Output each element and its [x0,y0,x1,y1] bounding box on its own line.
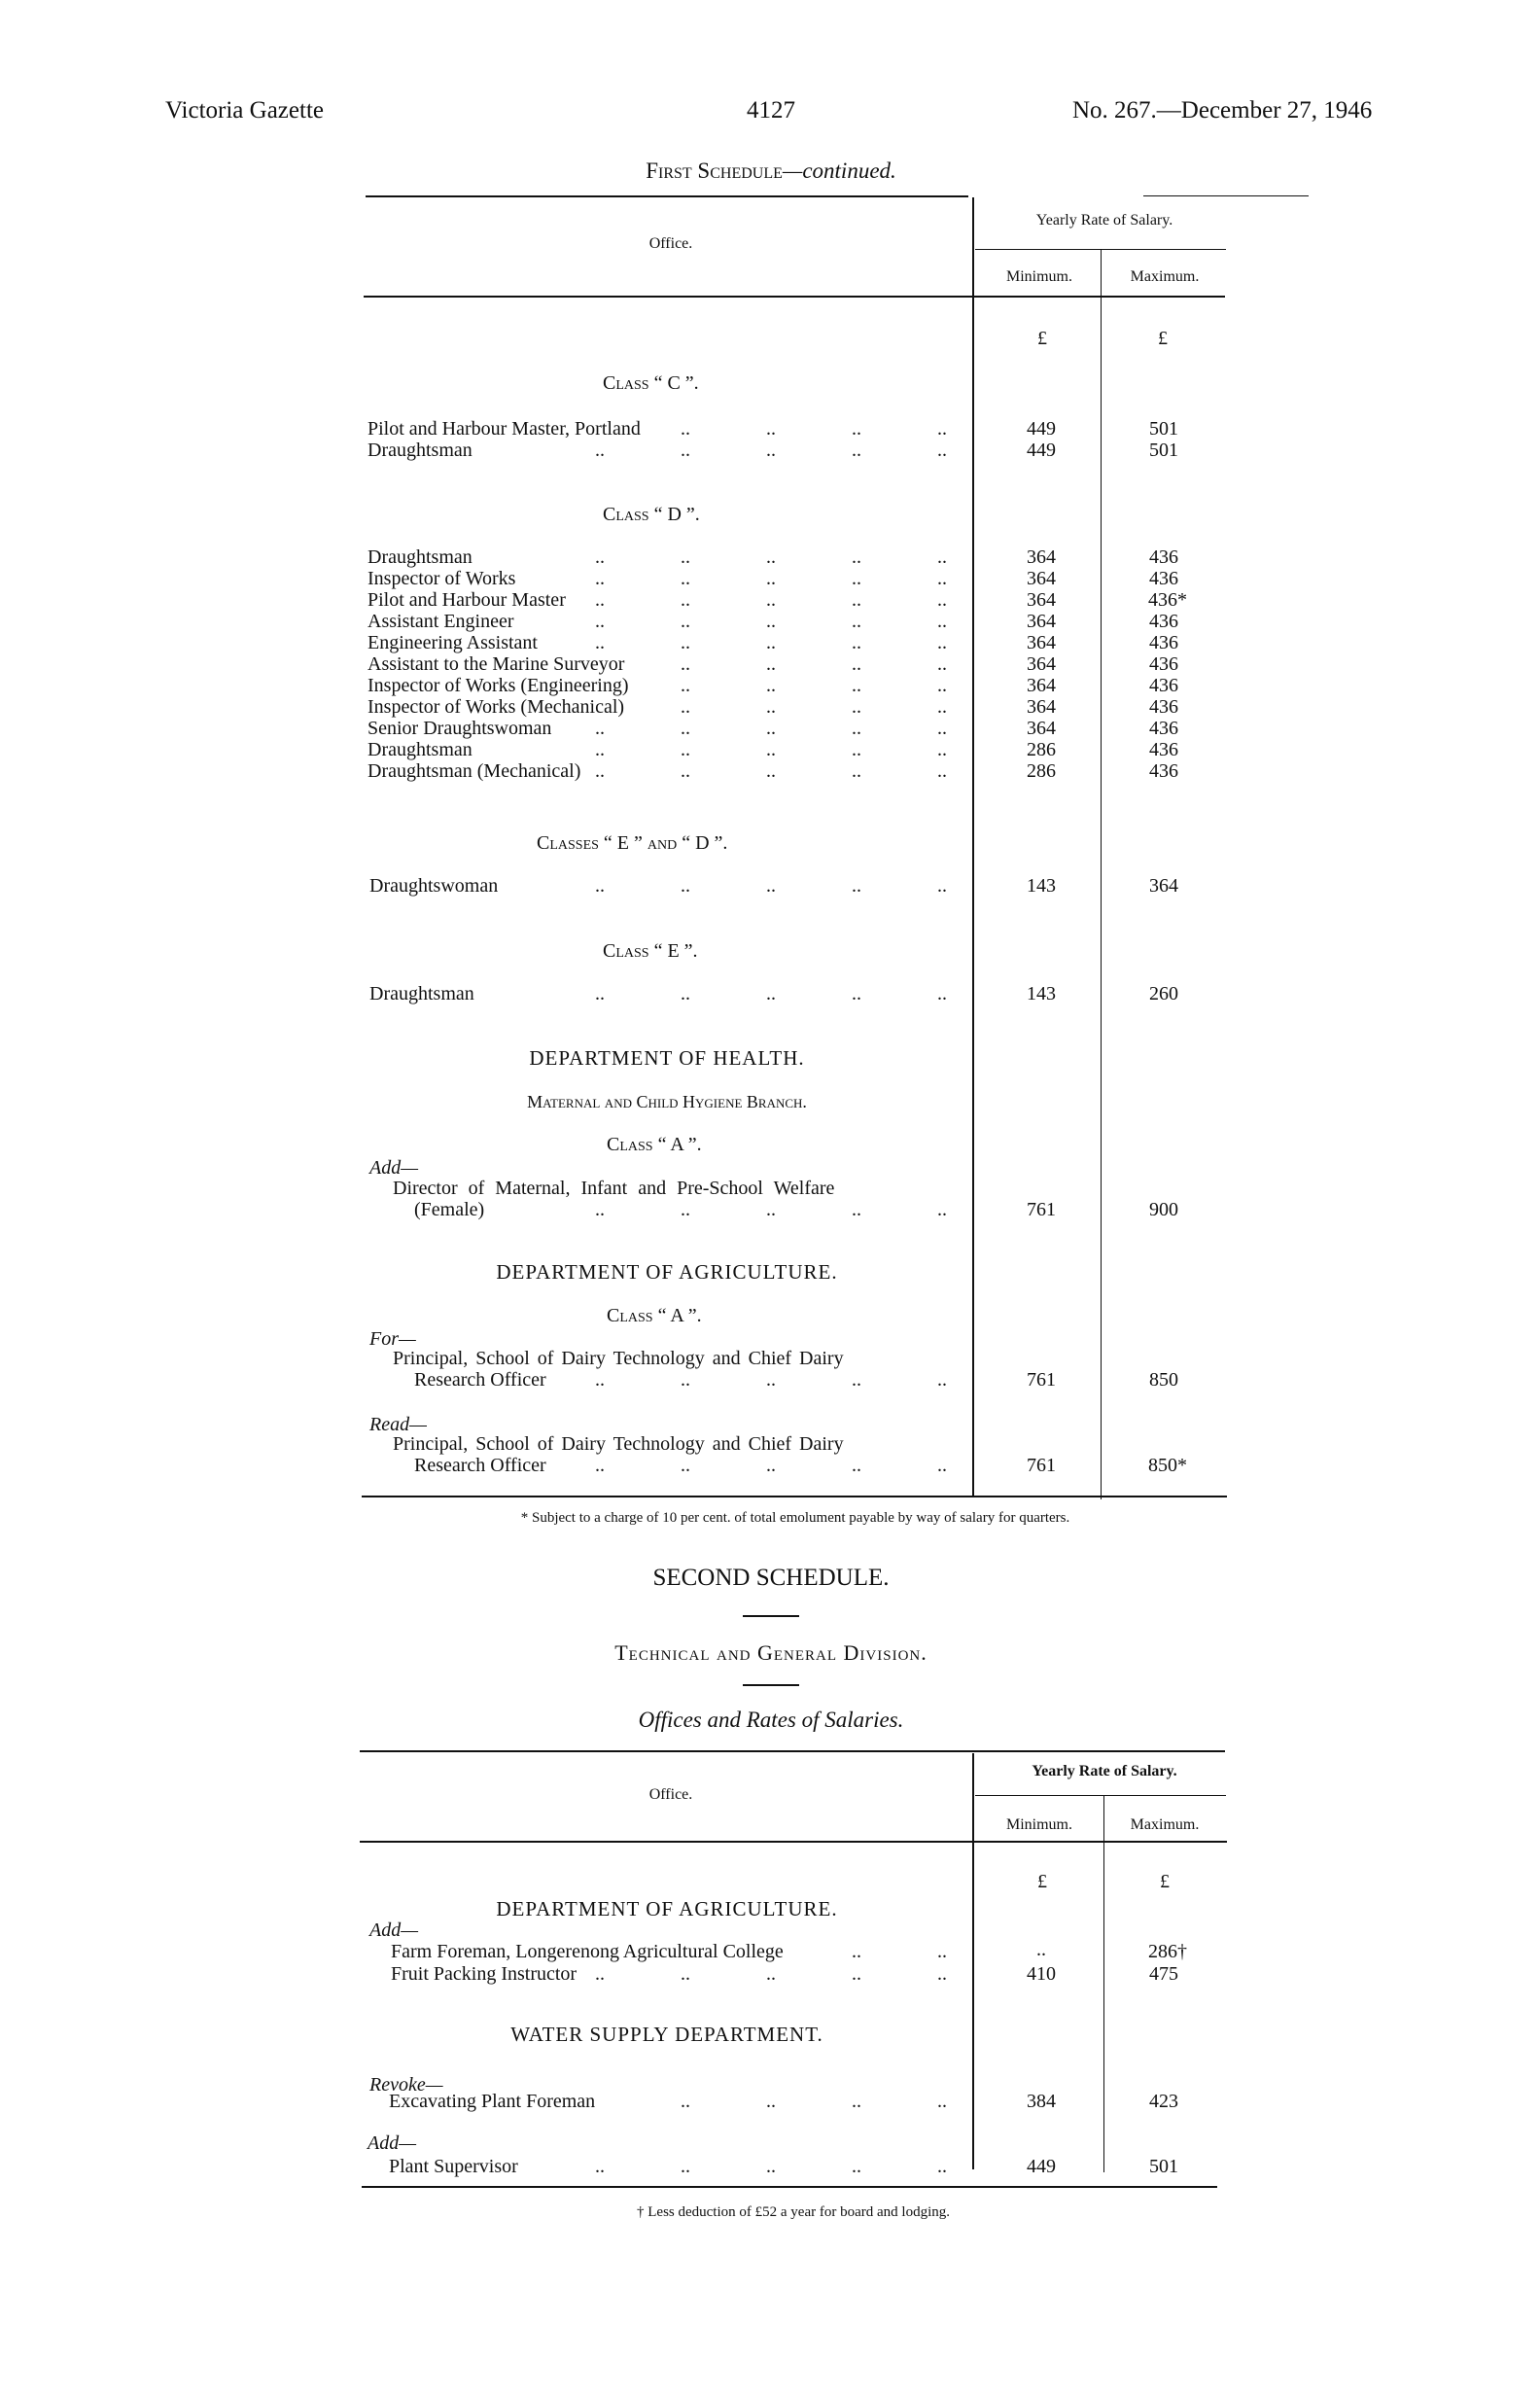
currency-min: £ [1037,328,1047,349]
leader-dot: .. [766,875,776,898]
currency-max: £ [1160,1871,1170,1892]
leader-dot: .. [681,589,690,612]
yearly-rate-header: Yearly Rate of Salary. [1036,212,1172,229]
office-name: Engineering Assistant [367,632,538,653]
leader-dot: .. [852,653,861,676]
leader-dot: .. [766,1963,776,1986]
leader-dot: .. [595,983,605,1005]
maximum-column-header: Maximum. [1131,268,1200,286]
leader-dot: .. [595,1369,605,1391]
leader-dot: .. [937,1455,947,1477]
leader-dot: .. [595,718,605,740]
leader-dot: .. [937,983,947,1005]
leader-dot: .. [595,632,605,654]
leader-dot: .. [595,1455,605,1477]
leader-dot: .. [595,568,605,590]
min-salary: 449 [1027,2156,1056,2177]
leader-dot: .. [595,440,605,462]
office-name: Inspector of Works [367,568,515,589]
leader-dot: .. [766,2156,776,2178]
min-salary: .. [1036,1939,1046,1960]
max-salary: 260 [1149,983,1178,1004]
leader-dot: .. [766,589,776,612]
leader-dot: .. [852,718,861,740]
office-name: Plant Supervisor [389,2156,518,2177]
min-max-divider [1101,249,1102,1499]
leader-dot: .. [937,875,947,898]
minimum-column-header: Minimum. [1006,1816,1072,1834]
leader-dot: .. [852,418,861,440]
leader-dot: .. [852,983,861,1005]
leader-dot: .. [852,1199,861,1221]
office-name: Assistant to the Marine Surveyor [367,653,624,675]
page-number: 4127 [747,97,795,124]
max-salary: 850* [1148,1455,1187,1476]
office-name: Draughtsman [367,546,472,568]
offices-subtitle: Offices and Rates of Salaries. [639,1708,904,1733]
leader-dot: .. [937,739,947,761]
agriculture-department-heading: DEPARTMENT OF AGRICULTURE. [496,1261,837,1283]
office-name-cont: (Female) [414,1199,484,1220]
leader-dot: .. [937,1963,947,1986]
leader-dot: .. [595,1199,605,1221]
min-salary: 143 [1027,983,1056,1004]
action-add: Add— [369,1920,418,1941]
max-salary: 436 [1149,760,1178,782]
leader-dot: .. [681,632,690,654]
leader-dot: .. [681,760,690,783]
division-heading: Technical and General Division. [614,1640,927,1666]
leader-dot: .. [681,568,690,590]
class-e-heading: Class “ E ”. [603,940,698,962]
leader-dot: .. [766,675,776,697]
first-schedule-title: First Schedule—continued. [646,158,896,184]
health-department-heading: DEPARTMENT OF HEALTH. [529,1047,804,1069]
office-name: Pilot and Harbour Master [367,589,566,611]
second-schedule-title: SECOND SCHEDULE. [652,1565,889,1592]
office-min-divider [972,1753,974,2169]
office-column-header: Office. [649,1786,693,1804]
water-supply-department-heading: WATER SUPPLY DEPARTMENT. [510,2024,822,2045]
leader-dot: .. [766,653,776,676]
division-separator-rule [743,1684,799,1686]
office-name: Director of Maternal, Infant and Pre-Sch… [393,1178,834,1199]
min-salary: 761 [1027,1369,1056,1391]
max-salary: 436 [1149,546,1178,568]
leader-dot: .. [937,760,947,783]
leader-dot: .. [766,568,776,590]
leader-dot: .. [937,611,947,633]
leader-dot: .. [766,1369,776,1391]
max-salary: 364 [1149,875,1178,897]
max-salary: 436 [1149,568,1178,589]
office-name: Draughtsman (Mechanical) [367,760,580,782]
header-bottom-rule [360,1841,1227,1843]
max-salary: 475 [1149,1963,1178,1985]
min-max-divider [1103,1795,1104,2172]
leader-dot: .. [681,418,690,440]
class-c-heading: Class “ C ”. [603,372,699,394]
min-salary: 449 [1027,440,1056,461]
min-salary: 286 [1027,760,1056,782]
leader-dot: .. [937,568,947,590]
leader-dot: .. [681,1963,690,1986]
table-top-rule [366,195,968,197]
max-salary: 436 [1149,611,1178,632]
leader-dot: .. [766,739,776,761]
leader-dot: .. [852,632,861,654]
agriculture-department-heading: DEPARTMENT OF AGRICULTURE. [496,1898,837,1920]
leader-dot: .. [937,589,947,612]
leader-dot: .. [852,696,861,719]
leader-dot: .. [595,1963,605,1986]
max-salary: 436 [1149,696,1178,718]
leader-dot: .. [852,568,861,590]
table-bottom-rule [362,1496,1227,1497]
leader-dot: .. [852,611,861,633]
max-salary: 423 [1149,2091,1178,2112]
leader-dot: .. [681,440,690,462]
currency-min: £ [1037,1871,1047,1892]
minimum-column-header: Minimum. [1006,268,1072,286]
office-name: Farm Foreman, Longerenong Agricultural C… [391,1941,784,1962]
currency-max: £ [1158,328,1168,349]
maternal-branch-heading: Maternal and Child Hygiene Branch. [527,1091,807,1112]
action-add: Add— [369,1157,418,1179]
table-top-rule-right [1143,195,1309,196]
leader-dot: .. [681,739,690,761]
max-salary: 436* [1148,589,1187,611]
leader-dot: .. [766,1199,776,1221]
leader-dot: .. [766,983,776,1005]
min-salary: 761 [1027,1199,1056,1220]
leader-dot: .. [937,653,947,676]
max-salary: 436 [1149,739,1178,760]
min-salary: 364 [1027,632,1056,653]
leader-dot: .. [852,875,861,898]
leader-dot: .. [937,1369,947,1391]
max-salary: 286† [1148,1941,1187,1962]
min-salary: 364 [1027,568,1056,589]
min-salary: 364 [1027,653,1056,675]
min-salary: 286 [1027,739,1056,760]
min-salary: 761 [1027,1455,1056,1476]
office-min-divider [972,197,974,1496]
max-salary: 501 [1149,2156,1178,2177]
leader-dot: .. [766,611,776,633]
office-name: Draughtsman [369,983,474,1004]
leader-dot: .. [852,1963,861,1986]
leader-dot: .. [852,1941,861,1963]
title-separator-rule [743,1615,799,1617]
leader-dot: .. [852,546,861,569]
maximum-column-header: Maximum. [1131,1816,1200,1834]
leader-dot: .. [852,2156,861,2178]
office-name: Principal, School of Dairy Technology an… [393,1433,844,1455]
min-salary: 384 [1027,2091,1056,2112]
leader-dot: .. [937,675,947,697]
min-salary: 364 [1027,546,1056,568]
office-name: Inspector of Works (Mechanical) [367,696,624,718]
office-name: Assistant Engineer [367,611,514,632]
leader-dot: .. [595,2156,605,2178]
leader-dot: .. [681,983,690,1005]
leader-dot: .. [766,2091,776,2113]
footnote-asterisk: * Subject to a charge of 10 per cent. of… [521,1510,1070,1527]
office-name: Draughtsman [367,739,472,760]
leader-dot: .. [852,1455,861,1477]
leader-dot: .. [681,1455,690,1477]
leader-dot: .. [937,1199,947,1221]
office-name: Fruit Packing Instructor [391,1963,577,1985]
leader-dot: .. [937,718,947,740]
health-class-a-heading: Class “ A ”. [607,1134,702,1155]
office-name: Principal, School of Dairy Technology an… [393,1348,844,1369]
yearly-rate-header: Yearly Rate of Salary. [1032,1763,1176,1780]
leader-dot: .. [937,2091,947,2113]
office-name: Inspector of Works (Engineering) [367,675,629,696]
footnote-dagger: † Less deduction of £52 a year for board… [637,2204,950,2221]
max-salary: 436 [1149,718,1178,739]
office-name: Pilot and Harbour Master, Portland [367,418,641,440]
agriculture-class-a-heading: Class “ A ”. [607,1305,702,1326]
leader-dot: .. [852,2091,861,2113]
leader-dot: .. [937,418,947,440]
max-salary: 501 [1149,418,1178,440]
leader-dot: .. [595,546,605,569]
max-salary: 436 [1149,632,1178,653]
leader-dot: .. [681,875,690,898]
max-salary: 900 [1149,1199,1178,1220]
office-name: Draughtsman [367,440,472,461]
first-schedule-title-main: First Schedule [646,158,783,183]
max-salary: 436 [1149,653,1178,675]
leader-dot: .. [852,739,861,761]
leader-dot: .. [681,696,690,719]
table-top-rule [360,1750,1225,1752]
min-salary: 364 [1027,589,1056,611]
table-bottom-rule [362,2186,1217,2188]
office-name: Draughtswoman [369,875,498,897]
yearly-rate-rule [975,1795,1226,1796]
leader-dot: .. [595,739,605,761]
leader-dot: .. [681,718,690,740]
leader-dot: .. [766,1455,776,1477]
max-salary: 436 [1149,675,1178,696]
max-salary: 850 [1149,1369,1178,1391]
leader-dot: .. [595,760,605,783]
office-name-cont: Research Officer [414,1455,546,1476]
min-salary: 364 [1027,696,1056,718]
leader-dot: .. [852,760,861,783]
leader-dot: .. [681,2156,690,2178]
min-salary: 364 [1027,675,1056,696]
min-salary: 410 [1027,1963,1056,1985]
leader-dot: .. [681,1369,690,1391]
office-name: Senior Draughtswoman [367,718,551,739]
leader-dot: .. [595,875,605,898]
leader-dot: .. [937,632,947,654]
action-for: For— [369,1328,416,1350]
min-salary: 364 [1027,718,1056,739]
action-add: Add— [367,2132,416,2154]
leader-dot: .. [937,440,947,462]
leader-dot: .. [766,696,776,719]
leader-dot: .. [681,1199,690,1221]
leader-dot: .. [852,675,861,697]
leader-dot: .. [766,632,776,654]
first-schedule-title-continued: —continued. [783,158,896,183]
leader-dot: .. [852,589,861,612]
gazette-name: Victoria Gazette [165,97,324,124]
max-salary: 501 [1149,440,1178,461]
leader-dot: .. [937,696,947,719]
leader-dot: .. [766,440,776,462]
leader-dot: .. [937,2156,947,2178]
issue-date: No. 267.—December 27, 1946 [1072,97,1372,124]
header-bottom-rule [364,296,1225,298]
leader-dot: .. [766,718,776,740]
leader-dot: .. [595,611,605,633]
leader-dot: .. [681,653,690,676]
min-salary: 364 [1027,611,1056,632]
class-d-heading: Class “ D ”. [603,504,700,525]
leader-dot: .. [681,2091,690,2113]
leader-dot: .. [852,1369,861,1391]
leader-dot: .. [766,418,776,440]
leader-dot: .. [937,546,947,569]
action-read: Read— [369,1414,427,1435]
leader-dot: .. [766,760,776,783]
office-column-header: Office. [649,235,693,253]
leader-dot: .. [681,675,690,697]
leader-dot: .. [595,589,605,612]
leader-dot: .. [681,546,690,569]
leader-dot: .. [852,440,861,462]
leader-dot: .. [681,611,690,633]
leader-dot: .. [766,546,776,569]
office-name-cont: Research Officer [414,1369,546,1391]
min-salary: 449 [1027,418,1056,440]
classes-e-d-heading: Classes “ E ” and “ D ”. [537,832,727,854]
leader-dot: .. [937,1941,947,1963]
office-name: Excavating Plant Foreman [389,2091,595,2112]
min-salary: 143 [1027,875,1056,897]
